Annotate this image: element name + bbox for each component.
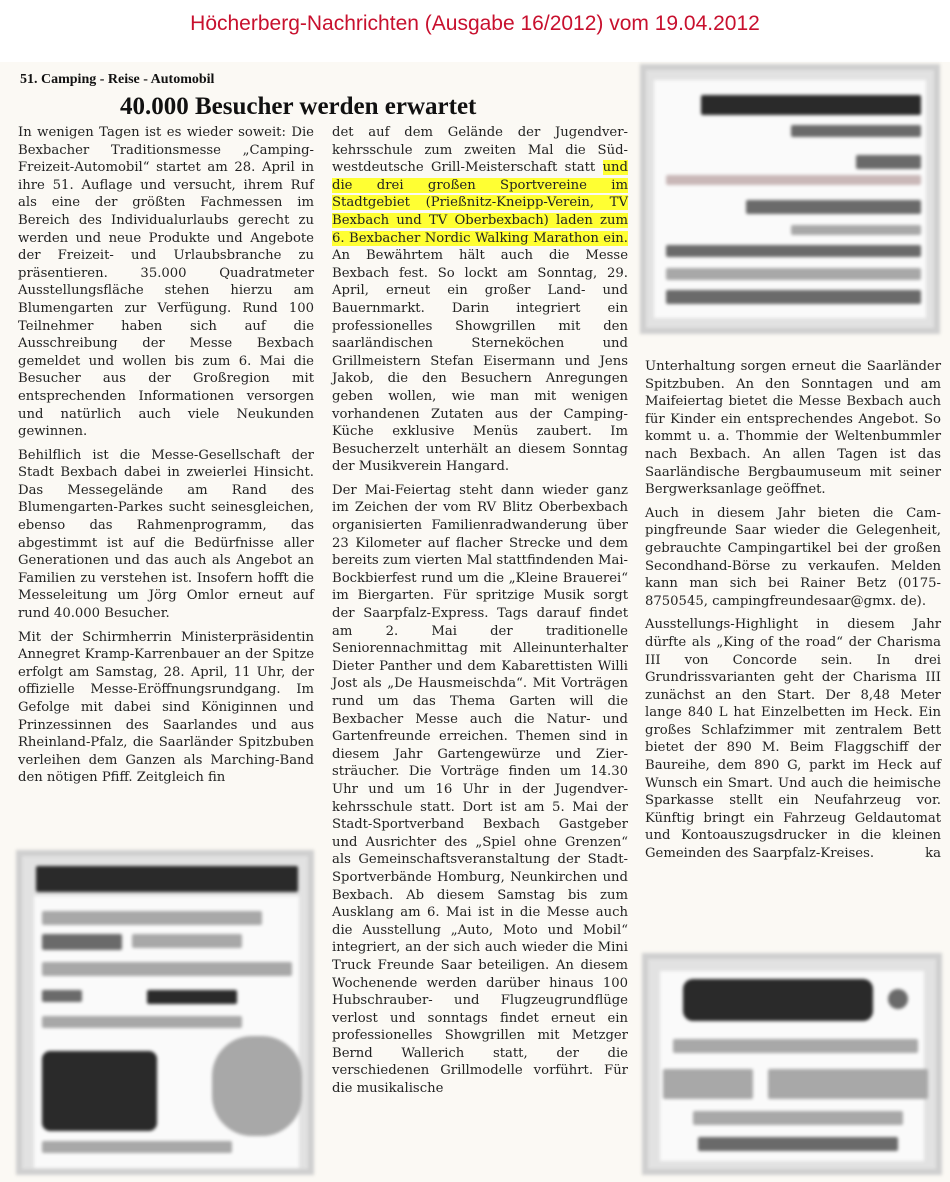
article-column-3: Unterhaltung sorgen erneut die Saar­länd… xyxy=(645,358,941,869)
article-column-1: In wenigen Tagen ist es wieder soweit: D… xyxy=(18,124,314,793)
newspaper-masthead: Höcherberg-Nachrichten (Ausgabe 16/2012)… xyxy=(0,12,950,36)
paragraph: In wenigen Tagen ist es wieder soweit: D… xyxy=(18,124,314,441)
article-headline: 40.000 Besucher werden erwartet xyxy=(120,93,476,121)
text-run: Ausstellungs-Highlight in diesem Jahr dü… xyxy=(645,617,941,861)
advertisement-bottom-right xyxy=(642,953,942,1175)
article-column-2: det auf dem Gelände der Jugendver­kehrss… xyxy=(332,124,628,1104)
paragraph: Der Mai-Feiertag steht dann wieder ganz … xyxy=(332,482,628,1098)
paragraph: Ausstellungs-Highlight in diesem Jahr dü… xyxy=(645,616,941,862)
text-run: An Bewährtem hält auch die Messe Bexbach… xyxy=(332,248,628,474)
advertisement-top-right xyxy=(640,64,940,334)
paragraph: Unterhaltung sorgen erneut die Saar­länd… xyxy=(645,358,941,499)
paragraph: det auf dem Gelände der Jugendver­kehrss… xyxy=(332,124,628,476)
advertisement-bottom-left xyxy=(16,850,314,1175)
text-run: det auf dem Gelände der Jugendver­kehrss… xyxy=(332,125,628,175)
section-rubric: 51. Camping - Reise - Automobil xyxy=(20,72,214,88)
paragraph: Auch in diesem Jahr bieten die Cam­pingf… xyxy=(645,505,941,611)
paragraph: Mit der Schirmherrin Ministerpräsi­denti… xyxy=(18,629,314,787)
author-signature: ka xyxy=(925,845,941,863)
paragraph: Behilflich ist die Messe-Gesellschaft de… xyxy=(18,447,314,623)
